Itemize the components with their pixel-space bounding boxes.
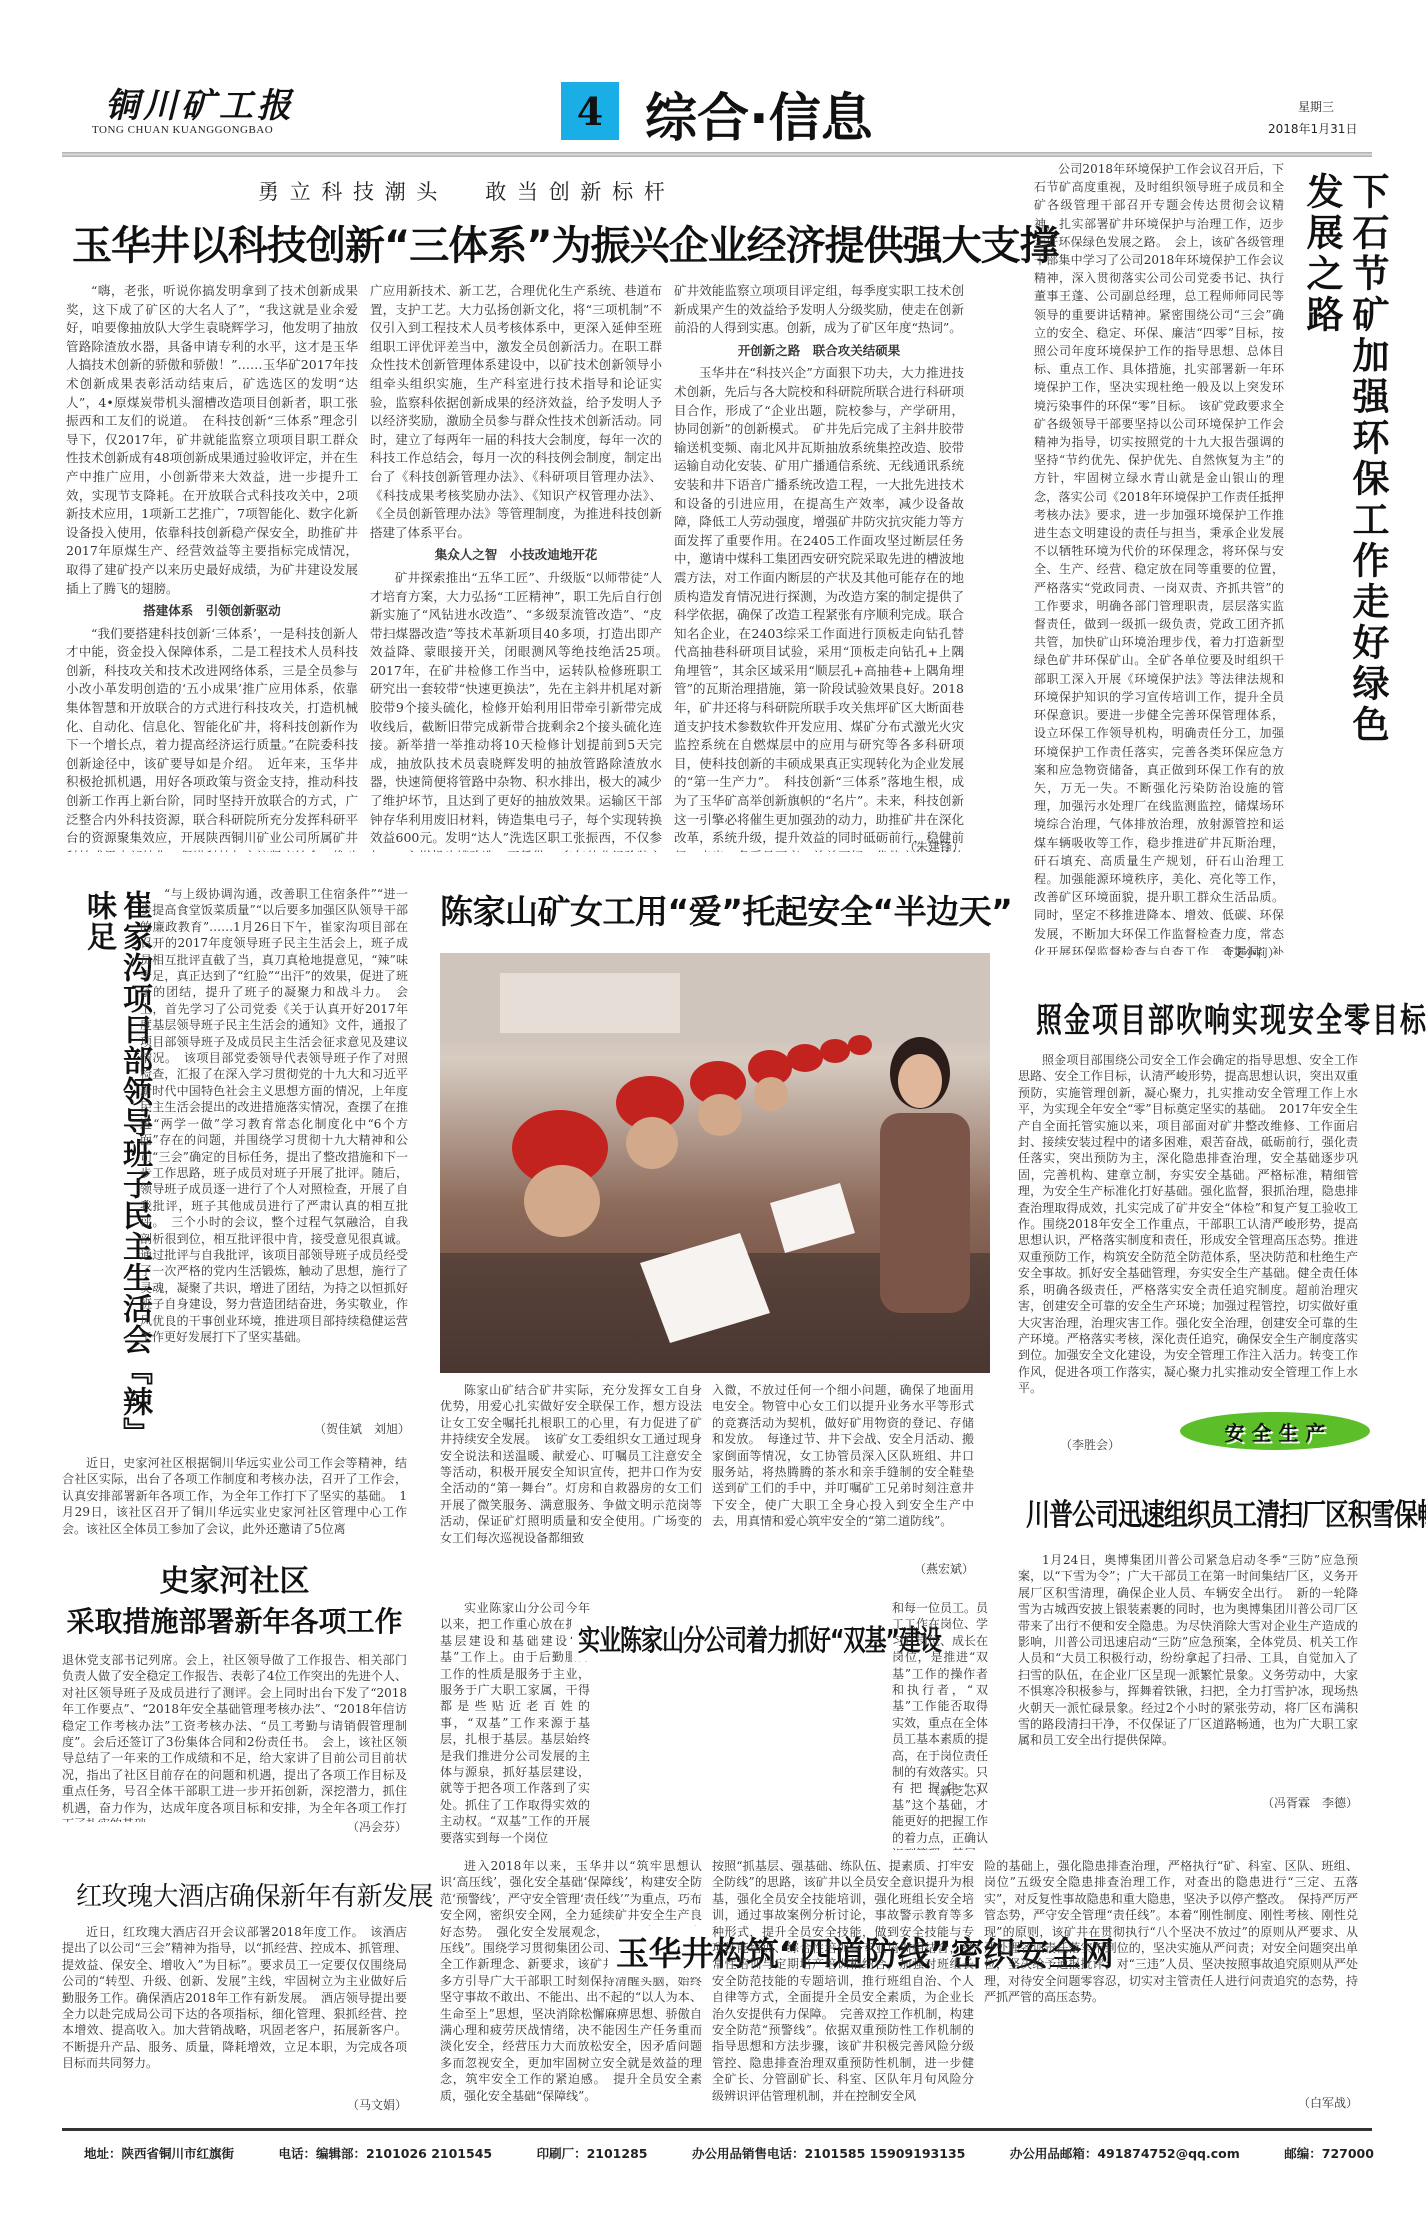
- footer: 地址：陕西省铜川市红旗街 电话：编辑部：2101026 2101545 印刷厂：…: [84, 2144, 1374, 2162]
- paper-name: 铜川矿工报: [105, 78, 295, 127]
- shuangji-column-2: 和每一位员工。员工工作在岗位、学习在岗位、成长在岗位，是推进“双基”工作的操作者…: [892, 1600, 988, 1850]
- lead-column-2: 广应用新技术、新工艺，合理优化生产系统、巷道布置，支护工艺。大力弘扬创新文化，将…: [370, 282, 662, 852]
- hongmeigui-headline: 红玫瑰大酒店确保新年有新发展: [76, 1876, 433, 1913]
- shijiahe-body: 退休党支部书记列席。会上，社区领导做了工作报告、相关部门负责人做了安全稳定工作报…: [62, 1652, 407, 1822]
- page-number: 4: [577, 89, 603, 134]
- shijiahe-headline-line-1: 史家河社区: [62, 1562, 407, 1602]
- issue-date: 2018年1月31日: [1268, 120, 1357, 137]
- sidao-byline: （白军战）: [1258, 2094, 1358, 2111]
- zhaojin-body: 照金项目部围绕公司安全工作会确定的指导思想、安全工作思路、安全工作目标，认清严峻…: [1018, 1052, 1358, 1432]
- zhaojin-headline: 照金项目部吹响实现安全零目标号角: [1036, 994, 1426, 1042]
- paper-name-en: TONG CHUAN KUANGGONGBAO: [92, 124, 273, 136]
- chenjiashan-byline: （燕宏斌）: [880, 1560, 974, 1577]
- sidao-column-2: 按照“抓基层、强基础、练队伍、提素质、打牢安全防线”的思路，该矿井以全员安全意识…: [712, 1858, 974, 2118]
- lead-subhead-2: 集众人之智 小技改迪地开花: [370, 546, 662, 565]
- lead-kicker: 勇 立 科 技 潮 头 敢 当 创 新 标 杆: [258, 176, 667, 206]
- photo-illustration: [440, 953, 990, 1373]
- chenjiashan-photo: [440, 953, 990, 1373]
- lead-subhead-3: 开创新之路 联合攻关结硕果: [674, 342, 964, 361]
- footer-rule: [62, 2128, 1372, 2131]
- footer-address: 地址：陕西省铜川市红旗街: [84, 2144, 234, 2162]
- footer-sales: 办公用品销售电话：2101585 15909193135: [692, 2144, 965, 2162]
- woman-worker: [880, 1037, 970, 1313]
- shuangji-headline: 实业陈家山分公司着力抓好“双基”建设: [572, 1616, 947, 1662]
- weekday: 星期三: [1298, 98, 1334, 115]
- env-article-byline: （艾小莉）: [1190, 944, 1280, 961]
- section-title: 综合·信息: [645, 76, 873, 151]
- lead-byline: （朱建锋）: [874, 838, 964, 855]
- footer-email: 办公用品邮箱：491874752@qq.com: [1010, 2144, 1240, 2162]
- env-article-vertical-title: 下石节矿加强环保工作走好绿色发展之路: [1298, 172, 1390, 772]
- footer-printing: 印刷厂：2101285: [537, 2144, 648, 2162]
- chuanpu-byline: （冯胥霖 李德）: [1218, 1794, 1358, 1811]
- footer-phone: 电话：编辑部：2101026 2101545: [278, 2144, 492, 2162]
- masthead-rule: [62, 152, 1372, 157]
- masthead: 铜川矿工报 TONG CHUAN KUANGGONGBAO 4 综合·信息 星期…: [0, 0, 1426, 160]
- shuangji-column-1: 实业陈家山分公司今年以来，把工作重心放在抓好基层建设和基础建设“双基”工作上。由…: [440, 1600, 590, 1850]
- env-article-body: 公司2018年环境保护工作会议召开后，下石节矿高度重视，及时组织领导班子成员和全…: [1034, 160, 1284, 955]
- lead-column-3: 矿井效能监察立项项目评定组，每季度实职工技术创新成果产生的效益给予发明人分级奖励…: [674, 282, 964, 852]
- shijiahe-intro: 近日，史家河社区根据铜川华远实业公司工作会等精神，结合社区实际，出台了各项工作制…: [62, 1455, 407, 1555]
- hongmeigui-body: 近日，红玫瑰大酒店召开会议部署2018年度工作。 该酒店提出了以公司“三会”精神…: [62, 1924, 407, 2104]
- chenjiashan-headline: 陈家山矿女工用“爱”托起安全“半边天”: [440, 886, 1012, 933]
- shijiahe-headline-line-2: 采取措施部署新年各项工作: [62, 1602, 407, 1642]
- shijiahe-headline: 史家河社区 采取措施部署新年各项工作: [62, 1562, 407, 1642]
- chenjiashan-column-1: 陈家山矿结合矿井实际，充分发挥女工自身优势，用爱心扎实做好安全联保工作，想方设法…: [440, 1382, 702, 1562]
- chenjiashan-column-2: 入微，不放过任何一个细小问题，确保了地面用电安全。物管中心女工们以提升业务水平等…: [712, 1382, 974, 1562]
- safety-production-badge-text: 安 全 生 产: [1225, 1417, 1326, 1446]
- chuanpu-body: 1月24日，奥博集团川普公司紧急启动冬季“三防”应急预案，以“下雪为令”；广大干…: [1018, 1552, 1358, 1802]
- page-number-badge: 4: [561, 82, 619, 140]
- sidao-column-3: 险的基础上，强化隐患排查治理，严格执行“矿、科室、区队、班组、岗位”五级安全隐患…: [984, 1858, 1358, 2098]
- hardhat-workers: [512, 1035, 872, 1186]
- sidao-column-1: 进入2018年以来，玉华井以“筑牢思想认识‘高压线’，强化安全基础‘保障线’，构…: [440, 1858, 702, 2118]
- cuijiagou-body: “与上级协调沟通，改善职工住宿条件”“进一步提高食堂饭菜质量”“以后要多加强区队…: [140, 886, 408, 1426]
- shuangji-byline: （新芝芯）: [880, 1782, 988, 1799]
- safety-production-badge: 安 全 生 产: [1180, 1412, 1370, 1450]
- lead-subhead-1: 搭建体系 引领创新驱动: [66, 602, 358, 621]
- cuijiagou-byline: （贺佳斌 刘旭）: [260, 1420, 410, 1437]
- hongmeigui-byline: （马文娟）: [300, 2096, 407, 2113]
- zhaojin-byline: （李胜会）: [1060, 1436, 1150, 1453]
- footer-postcode: 邮编：727000: [1284, 2144, 1374, 2162]
- chuanpu-headline: 川普公司迅速组织员工清扫厂区积雪保畅通: [1026, 1490, 1426, 1534]
- lead-column-1: “嗨，老张，听说你搞发明拿到了技术创新成果奖，这下成了矿区的大名人了”，“我这就…: [66, 282, 358, 852]
- lead-headline: 玉华井以科技创新“三体系”为振兴企业经济提供强大支撑: [72, 214, 1032, 271]
- shijiahe-byline: （冯会芬）: [300, 1818, 407, 1835]
